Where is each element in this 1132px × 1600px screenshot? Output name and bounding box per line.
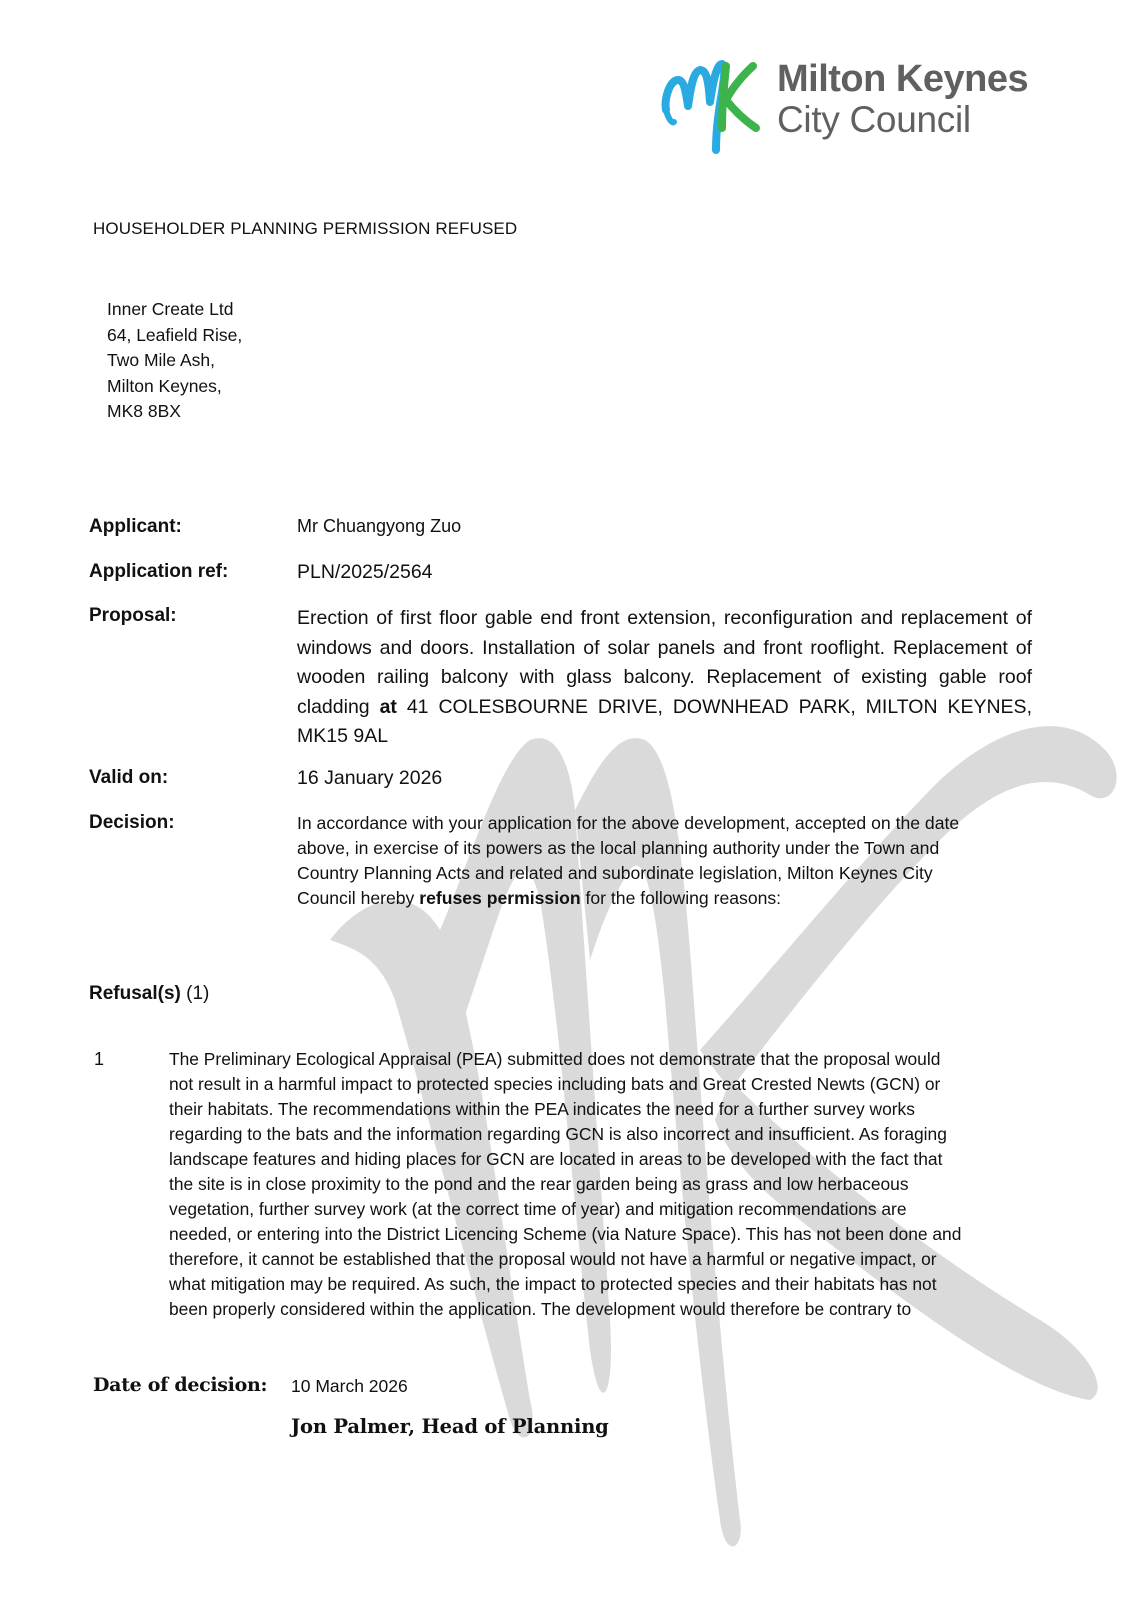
address-line: 64, Leafield Rise, <box>107 323 242 349</box>
proposal-label: Proposal: <box>89 605 177 627</box>
reason-line: needed, or entering into the District Li… <box>169 1222 1029 1247</box>
decision-label: Decision: <box>89 812 175 834</box>
decision-text: In accordance with your application for … <box>297 811 1037 911</box>
reason-line: what mitigation may be required. As such… <box>169 1272 1029 1297</box>
address-line: Two Mile Ash, <box>107 348 242 374</box>
reason-line: therefore, it cannot be established that… <box>169 1247 1029 1272</box>
reason-line: The Preliminary Ecological Appraisal (PE… <box>169 1047 1029 1072</box>
address-line: Milton Keynes, <box>107 374 242 400</box>
decision-date-value: 10 March 2026 <box>291 1376 408 1397</box>
proposal-text: Erection of first floor gable end front … <box>297 604 1032 752</box>
valid-on-label: Valid on: <box>89 767 168 789</box>
reason-line: regarding to the bats and the informatio… <box>169 1122 1029 1147</box>
application-ref-value: PLN/2025/2564 <box>297 561 433 584</box>
reason-line: their habitats. The recommendations with… <box>169 1097 1029 1122</box>
refusals-count: (1) <box>186 983 209 1004</box>
decision-date-label: Date of decision: <box>93 1374 267 1396</box>
reason-line: been properly considered within the appl… <box>169 1297 1029 1322</box>
decision-outcome: refuses permission <box>419 888 580 908</box>
proposal-site-address: 41 COLESBOURNE DRIVE, DOWNHEAD PARK, MIL… <box>297 696 1032 748</box>
address-line: Inner Create Ltd <box>107 297 242 323</box>
document-title: HOUSEHOLDER PLANNING PERMISSION REFUSED <box>93 219 517 239</box>
applicant-value: Mr Chuangyong Zuo <box>297 516 461 537</box>
signatory: Jon Palmer, Head of Planning <box>291 1415 609 1438</box>
applicant-label: Applicant: <box>89 516 182 538</box>
decision-line: above, in exercise of its powers as the … <box>297 836 1037 861</box>
council-logo: Milton Keynes City Council <box>660 58 1050 158</box>
reason-line: not result in a harmful impact to protec… <box>169 1072 1029 1097</box>
refusals-heading: Refusal(s) (1) <box>89 983 209 1005</box>
refusal-reason: The Preliminary Ecological Appraisal (PE… <box>169 1047 1029 1322</box>
decision-line: In accordance with your application for … <box>297 811 1037 836</box>
reason-line: the site is in close proximity to the po… <box>169 1172 1029 1197</box>
application-ref-label: Application ref: <box>89 561 228 583</box>
address-line: MK8 8BX <box>107 399 242 425</box>
reason-line: vegetation, further survey work (at the … <box>169 1197 1029 1222</box>
mk-logo-icon <box>660 58 760 154</box>
refusal-number: 1 <box>94 1049 104 1070</box>
decision-notice-page: Milton Keynes City Council HOUSEHOLDER P… <box>0 0 1132 1600</box>
recipient-address: Inner Create Ltd 64, Leafield Rise, Two … <box>107 297 242 425</box>
decision-line: Council hereby refuses permission for th… <box>297 886 1037 911</box>
decision-line: Country Planning Acts and related and su… <box>297 861 1037 886</box>
proposal-at: at <box>380 696 397 718</box>
valid-on-value: 16 January 2026 <box>297 767 442 790</box>
reason-line: landscape features and hiding places for… <box>169 1147 1029 1172</box>
logo-name-line2: City Council <box>777 101 1028 138</box>
logo-name-line1: Milton Keynes <box>777 60 1028 98</box>
